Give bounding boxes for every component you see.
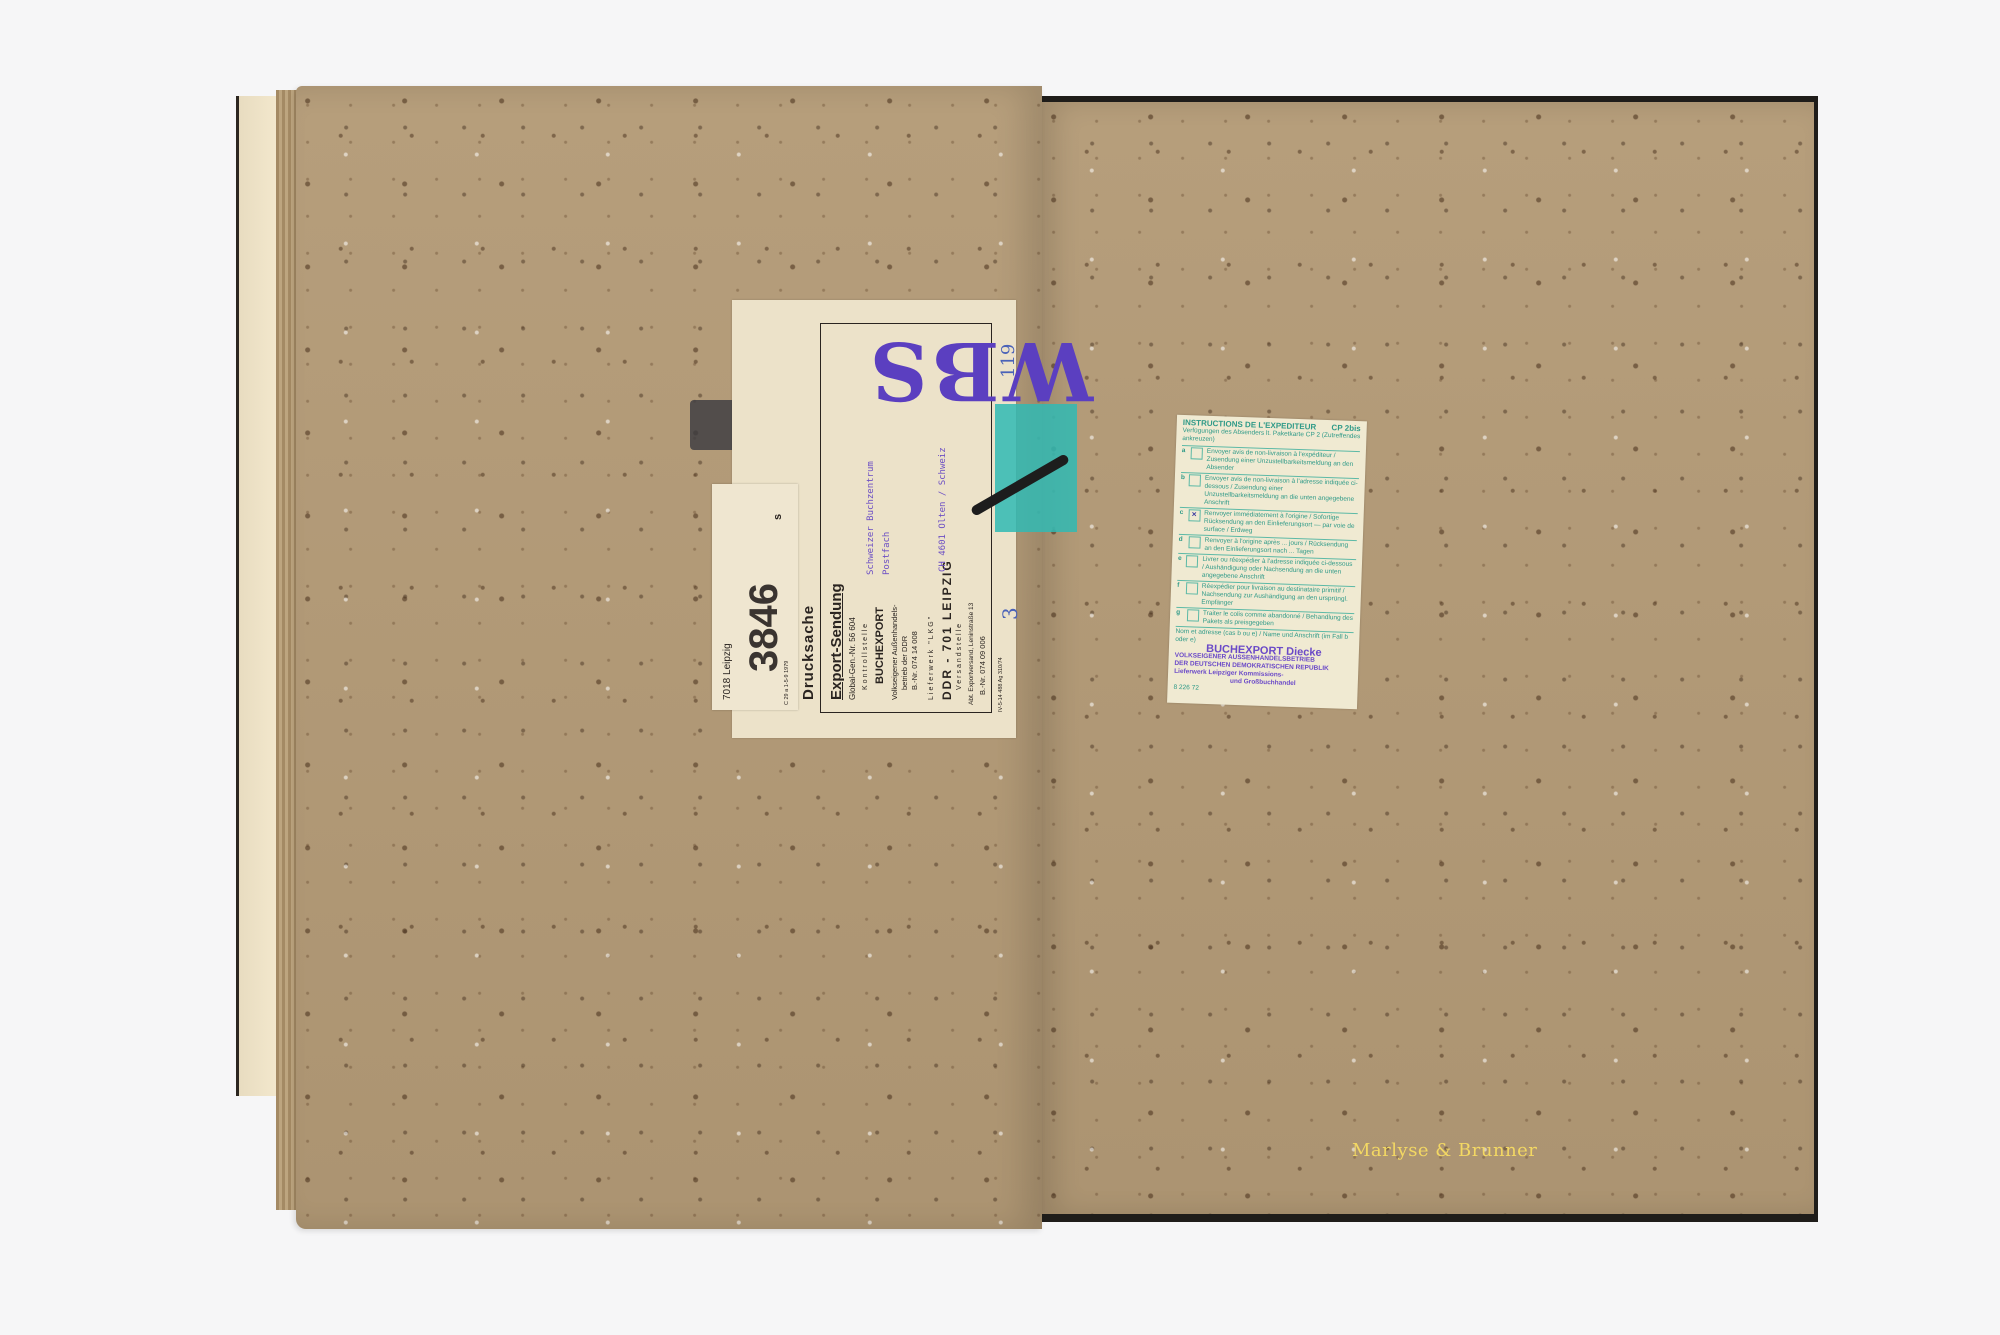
label-dispatch-caption: Versandstelle [956,622,963,690]
row-letter: e [1177,555,1182,579]
ticket-print-code: C 29 a 1-5-9 1979 [784,661,790,705]
teal-tape [995,404,1077,532]
checkbox-icon [1191,447,1203,459]
label-global-no: Global-Gen.-Nr. 56 604 [848,617,857,700]
row-letter: c [1179,509,1184,533]
checkbox-icon [1186,582,1198,594]
handwritten-119: 119 [998,344,1019,378]
right-endpaper [1042,102,1814,1214]
form-rows: aEnvoyer avis de non-livraison à l'expéd… [1176,445,1360,632]
row-letter: b [1180,474,1185,506]
label-recipient-2: Postfach [882,532,892,575]
ticket-postcode-city: 7018 Leipzig [722,643,733,700]
checkbox-icon [1187,609,1199,621]
publisher-imprint: Marlyse & Brunner [1352,1140,1537,1161]
label-heading: Export-Sendung [828,583,845,700]
label-company-desc-2: betrieb der DDR [900,636,909,690]
row-letter: a [1181,447,1187,471]
label-control-caption: Kontrollstelle [862,622,869,690]
ticket-suffix: s [772,514,784,520]
label-company-desc-1: Volkseigener Außenhandels- [890,605,899,700]
row-text: Envoyer avis de non-livraison à l'adress… [1204,475,1359,512]
label-supplier-caption: Lieferwerk "LKG" [928,615,935,700]
label-b-nr-2: B.-Nr. 074 09 006 [978,636,987,695]
row-letter: d [1178,536,1185,552]
label-dispatch-address: Abt. Exportversand, Leninstraße 13 [968,603,975,705]
handwritten-3: 3 [998,607,1022,620]
checkbox-icon [1186,555,1198,567]
checkbox-icon [1189,474,1201,486]
label-recipient-3: CH 4601 Olten / Schweiz [938,447,948,572]
label-drucksache: Drucksache [800,605,817,700]
checkbox-icon: ✕ [1188,509,1200,521]
sender-instructions-form: INSTRUCTIONS DE L'EXPEDITEUR CP 2bis Ver… [1167,415,1367,709]
row-letter: g [1176,609,1183,625]
label-company: BUCHEXPORT [874,607,886,684]
label-city: DDR - 701 LEIPZIG [940,559,954,700]
row-letter: f [1176,582,1182,606]
checkbox-icon [1188,536,1200,548]
ticket-number: 3846 [742,583,787,672]
label-b-nr-1: B.-Nr. 074 14 008 [910,631,919,690]
book-photo: Drucksache Export-Sendung Global-Gen.-Nr… [0,0,2000,1335]
label-recipient-1: Schweizer Buchzentrum [866,461,876,575]
label-print-ref: IV-5-14 488 Ag 310/74 [998,657,1004,712]
